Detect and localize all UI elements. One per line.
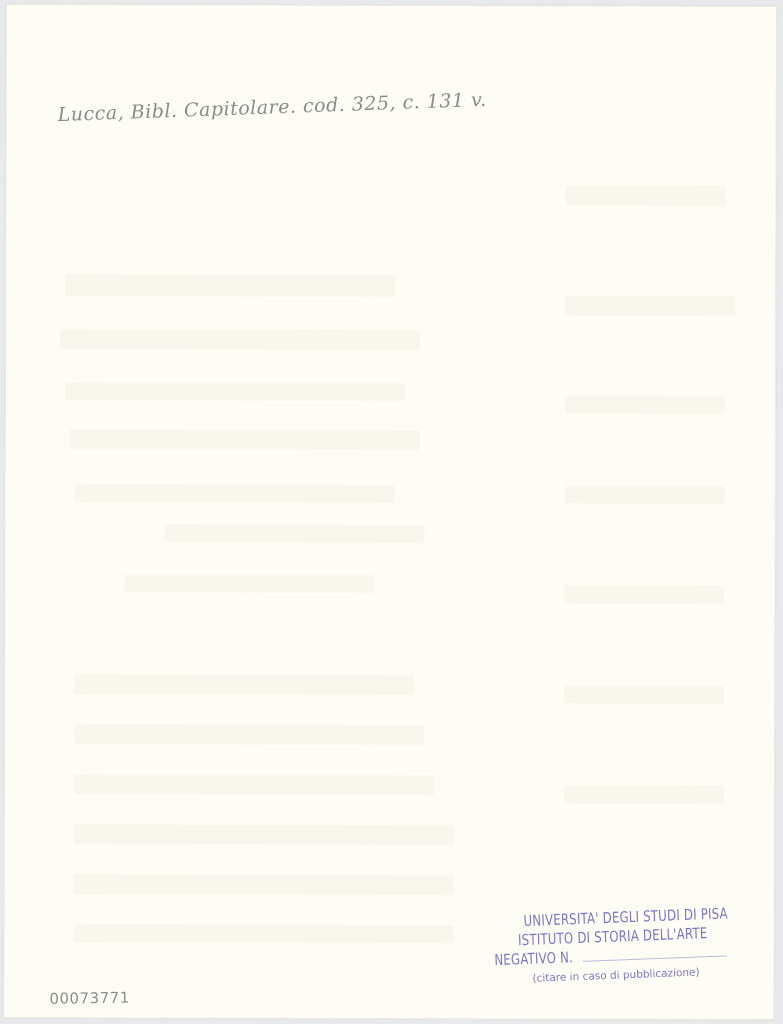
bleed-through-mark	[75, 484, 395, 503]
stamp-negative-label: NEGATIVO N.	[494, 948, 573, 970]
bleed-through-mark	[65, 274, 395, 297]
bleed-through-mark	[74, 674, 414, 695]
handwritten-caption: Lucca, Bibl. Capitolare. cod. 325, c. 13…	[57, 89, 487, 126]
bleed-through-mark	[74, 774, 434, 795]
bleed-through-mark	[65, 382, 405, 401]
inventory-number: 00073771	[49, 989, 130, 1008]
bleed-through-mark	[124, 574, 374, 593]
bleed-through-mark	[60, 329, 420, 350]
bleed-through-mark	[565, 485, 725, 503]
scanned-photo-verso: Lucca, Bibl. Capitolare. cod. 325, c. 13…	[0, 0, 783, 1024]
bleed-through-mark	[565, 395, 725, 413]
bleed-through-mark	[70, 429, 420, 450]
bleed-through-mark	[564, 685, 724, 703]
bleed-through-mark	[74, 724, 424, 745]
bleed-through-mark	[564, 785, 724, 803]
bleed-through-mark	[565, 185, 725, 205]
photo-card: Lucca, Bibl. Capitolare. cod. 325, c. 13…	[3, 4, 777, 1020]
institution-stamp: UNIVERSITA' DEGLI STUDI DI PISA ISTITUTO…	[491, 904, 734, 988]
bleed-through-mark	[564, 585, 724, 603]
bleed-through-mark	[74, 924, 454, 943]
bleed-through-mark	[165, 524, 425, 543]
bleed-through-mark	[74, 874, 454, 895]
bleed-through-mark	[74, 824, 454, 845]
bleed-through-mark	[565, 295, 735, 315]
